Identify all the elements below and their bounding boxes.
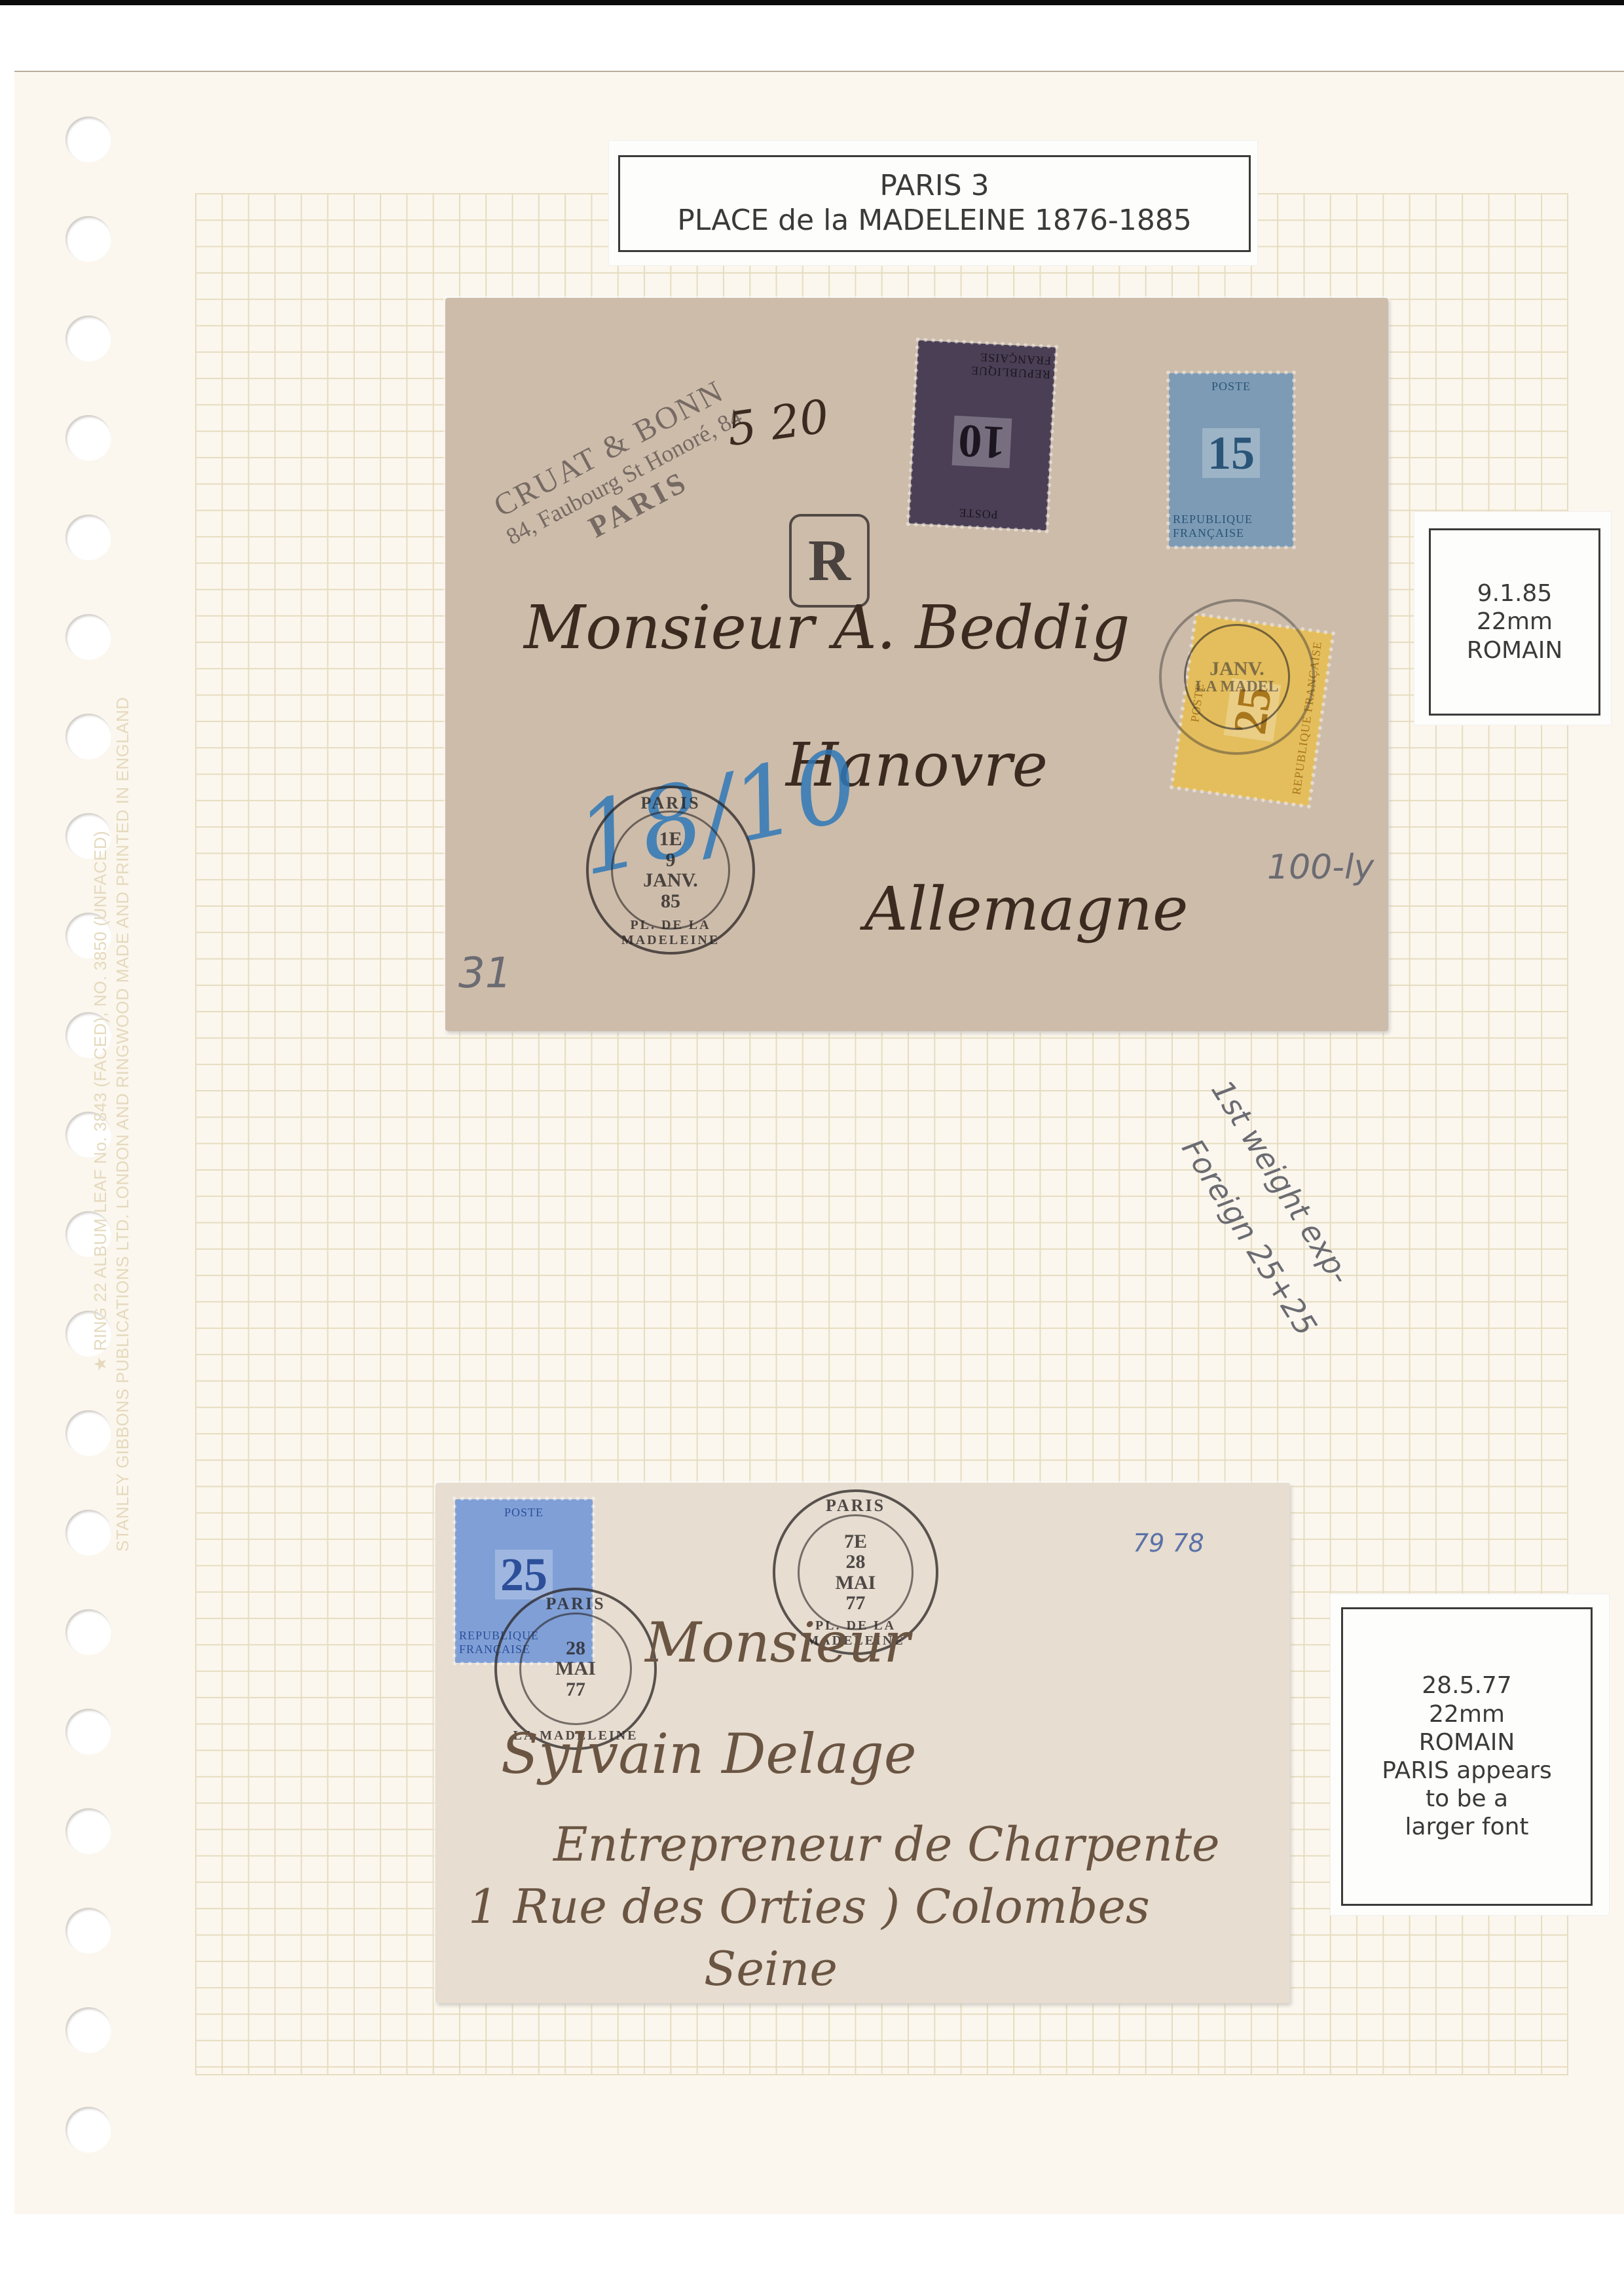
- note-2-line: 22mm: [1429, 1700, 1505, 1728]
- stamp-bottom-text: REPUBLIQUE FRANÇAISE: [1173, 513, 1289, 540]
- leaf-imprint-line-1: ★ RING 22 ALBUM LEAF No. 3843 (FACED), N…: [90, 831, 111, 1372]
- stamp-value: 25: [495, 1550, 553, 1599]
- binder-hole: [65, 2107, 111, 2153]
- note-1-line: 22mm: [1477, 608, 1553, 636]
- pm-ring: LA MADEL: [1195, 679, 1278, 695]
- stamp-15c-indicium: POSTE 15 REPUBLIQUE FRANÇAISE: [1169, 373, 1293, 547]
- stamp-top-text: POSTE: [1211, 380, 1251, 393]
- binder-hole: [65, 316, 111, 361]
- address-line-5: Seine: [704, 1941, 838, 1996]
- binder-hole: [65, 614, 111, 660]
- note-label-cover-2: 28.5.77 22mm ROMAIN PARIS appears to be …: [1331, 1594, 1609, 1915]
- pm-day: 9: [666, 850, 676, 871]
- manuscript-reg-number: 5 20: [724, 390, 832, 457]
- binder-hole: [65, 1410, 111, 1456]
- pencil-corner-number: 31: [458, 949, 511, 998]
- note-2-line: 28.5.77: [1422, 1671, 1511, 1700]
- note-2-line: to be a: [1426, 1785, 1508, 1813]
- address-line-3: Entrepreneur de Charpente: [553, 1817, 1220, 1872]
- address-line-1: Monsieur A. Beddig: [524, 592, 1130, 663]
- address-line-2: Sylvain Delage: [501, 1722, 917, 1786]
- pm-month: MAI: [836, 1573, 876, 1594]
- pm-year: 85: [661, 891, 680, 912]
- note-label-cover-1: 9.1.85 22mm ROMAIN: [1414, 512, 1611, 725]
- binder-hole: [65, 515, 111, 560]
- pm-day: 28: [566, 1638, 585, 1659]
- leaf-imprint-line-2: STANLEY GIBBONS PUBLICATIONS LTD. LONDON…: [113, 697, 133, 1552]
- pm-month: MAI: [555, 1658, 596, 1679]
- pm-time: 1E: [659, 829, 682, 850]
- departure-postmark: PARIS 1E 9 JANV. 85 PL. DE LA MADELEINE: [586, 786, 755, 955]
- pencil-price: 100-ly: [1267, 848, 1374, 887]
- postmark-on-yellow-stamp: JANV. LA MADEL: [1159, 599, 1315, 755]
- binder-hole: [65, 2007, 111, 2053]
- pm-ring-top: PARIS: [640, 793, 700, 813]
- binder-hole: [65, 714, 111, 759]
- pm-month: JANV.: [1209, 659, 1264, 680]
- binder-hole: [65, 1808, 111, 1854]
- title-line-1: PARIS 3: [879, 169, 989, 204]
- stamp-bottom-text: REPUBLIQUE FRANÇAISE: [921, 347, 1052, 381]
- binder-hole: [65, 216, 111, 262]
- note-1-line: ROMAIN: [1467, 636, 1563, 665]
- note-1-line: 9.1.85: [1477, 579, 1553, 608]
- binder-hole: [65, 1709, 111, 1755]
- binder-hole: [65, 1609, 111, 1655]
- scan-top-edge: [0, 0, 1624, 5]
- stamp-top-text: POSTE: [958, 505, 998, 521]
- stamp-value: 15: [1202, 428, 1260, 478]
- stamp-value: 10: [952, 416, 1012, 469]
- sender-cachet: CRUAT & BONN 84, Faubourg St Honoré, 84 …: [485, 371, 763, 581]
- note-2-line: ROMAIN: [1419, 1728, 1515, 1757]
- stamp-top-text: POSTE: [504, 1506, 544, 1520]
- stamp-10c-inverted: POSTE 10 REPUBLIQUE FRANÇAISE: [909, 340, 1056, 531]
- binder-hole: [65, 415, 111, 461]
- cover-1-registered: CRUAT & BONN 84, Faubourg St Honoré, 84 …: [445, 298, 1388, 1031]
- cover-2-colombes: POSTE 25 REPUBLIQUE FRANÇAISE PARIS 28 M…: [435, 1483, 1290, 2003]
- pm-ring-bottom: PL. DE LA MADELEINE: [589, 918, 752, 948]
- binder-hole: [65, 1510, 111, 1556]
- pm-day: 28: [846, 1552, 866, 1573]
- pencil-reference: 79 78: [1133, 1529, 1204, 1558]
- binder-hole: [65, 1908, 111, 1954]
- note-2-line: larger font: [1405, 1813, 1528, 1841]
- title-label: PARIS 3 PLACE de la MADELEINE 1876-1885: [609, 141, 1257, 265]
- note-2-line: PARIS appears: [1382, 1757, 1552, 1785]
- pm-ring-top: PARIS: [826, 1496, 885, 1516]
- address-line-3: Allemagne: [864, 874, 1188, 944]
- pm-year: 77: [566, 1679, 585, 1700]
- binder-hole: [65, 117, 111, 162]
- pm-ring-top: PARIS: [545, 1594, 605, 1614]
- address-line-4: 1 Rue des Orties ) Colombes: [468, 1879, 1150, 1934]
- pm-time: 7E: [844, 1531, 867, 1552]
- address-line-1: Monsieur: [645, 1611, 910, 1675]
- pm-month: JANV.: [643, 870, 698, 891]
- title-line-2: PLACE de la MADELEINE 1876-1885: [677, 204, 1192, 238]
